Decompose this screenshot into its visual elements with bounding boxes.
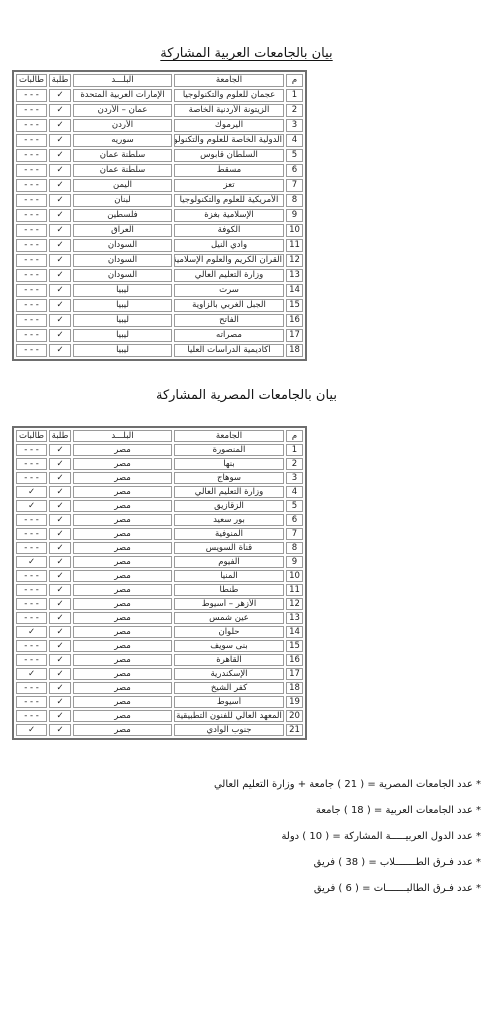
female-students-mark-cell: - - -: [16, 149, 47, 162]
arab-table-title-text: بيان بالجامعات العربية المشاركة: [160, 46, 332, 61]
university-name-cell: المنصورة: [174, 444, 284, 456]
country-name-cell: سلطنة عمان: [73, 149, 172, 162]
university-name-cell: الأزهر – أسيوط: [174, 598, 284, 610]
row-number: 11: [286, 239, 303, 252]
header-row: م الجامعة البلـــد طلبة طالبات: [16, 430, 303, 442]
arab-table-header: م الجامعة البلـــد طلبة طالبات: [16, 74, 303, 87]
university-name-cell: وزارة التعليم العالي: [174, 486, 284, 498]
row-number: 9: [286, 209, 303, 222]
col-header-num: م: [286, 74, 303, 87]
students-mark-cell: ✓: [49, 640, 71, 652]
row-number: 14: [286, 626, 303, 638]
row-number: 3: [286, 119, 303, 132]
col-header-university: الجامعة: [174, 430, 284, 442]
table-row: 3سوهاجمصر✓- - -: [16, 472, 303, 484]
university-name-cell: الدولية الخاصة للعلوم والتكنولوجيا: [174, 134, 284, 147]
students-mark-cell: ✓: [49, 329, 71, 342]
female-students-mark-cell: - - -: [16, 598, 47, 610]
row-number: 8: [286, 542, 303, 554]
students-mark-cell: ✓: [49, 724, 71, 736]
female-students-mark-cell: ✓: [16, 668, 47, 680]
row-number: 7: [286, 179, 303, 192]
female-students-mark-cell: ✓: [16, 556, 47, 568]
female-students-mark-cell: - - -: [16, 269, 47, 282]
country-name-cell: مصر: [73, 696, 172, 708]
university-name-cell: الفيوم: [174, 556, 284, 568]
university-name-cell: مصراته: [174, 329, 284, 342]
university-name-cell: الإسكندرية: [174, 668, 284, 680]
summary-line-arab-universities-count: * عدد الجامعات العربية = ( 18 ) جامعة: [0, 798, 481, 824]
female-students-mark-cell: - - -: [16, 314, 47, 327]
university-name-cell: الزيتونة الأردنية الخاصة: [174, 104, 284, 117]
col-header-students: طلبة: [49, 430, 71, 442]
arab-universities-table: م الجامعة البلـــد طلبة طالبات 1عجمان لل…: [12, 70, 307, 361]
female-students-mark-cell: ✓: [16, 724, 47, 736]
table-row: 16الفاتحليبيا✓- - -: [16, 314, 303, 327]
egypt-universities-table: م الجامعة البلـــد طلبة طالبات 1المنصورة…: [12, 426, 307, 740]
row-number: 18: [286, 344, 303, 357]
country-name-cell: عمان – الأردن: [73, 104, 172, 117]
col-header-country: البلـــد: [73, 430, 172, 442]
female-students-mark-cell: - - -: [16, 542, 47, 554]
university-name-cell: المنوفية: [174, 528, 284, 540]
row-number: 6: [286, 164, 303, 177]
female-students-mark-cell: - - -: [16, 254, 47, 267]
row-number: 5: [286, 500, 303, 512]
col-header-num: م: [286, 430, 303, 442]
students-mark-cell: ✓: [49, 239, 71, 252]
students-mark-cell: ✓: [49, 598, 71, 610]
table-row: 13عين شمسمصر✓- - -: [16, 612, 303, 624]
table-row: 12الأزهر – أسيوطمصر✓- - -: [16, 598, 303, 610]
row-number: 8: [286, 194, 303, 207]
table-row: 2بنهامصر✓- - -: [16, 458, 303, 470]
country-name-cell: مصر: [73, 654, 172, 666]
university-name-cell: بنى سويف: [174, 640, 284, 652]
university-name-cell: عين شمس: [174, 612, 284, 624]
row-number: 21: [286, 724, 303, 736]
row-number: 14: [286, 284, 303, 297]
university-name-cell: سوهاج: [174, 472, 284, 484]
country-name-cell: مصر: [73, 710, 172, 722]
row-number: 16: [286, 314, 303, 327]
female-students-mark-cell: - - -: [16, 104, 47, 117]
country-name-cell: مصر: [73, 668, 172, 680]
table-row: 1المنصورةمصر✓- - -: [16, 444, 303, 456]
students-mark-cell: ✓: [49, 104, 71, 117]
table-row: 7المنوفيةمصر✓- - -: [16, 528, 303, 540]
row-number: 9: [286, 556, 303, 568]
table-row: 17الإسكندريةمصر✓✓: [16, 668, 303, 680]
university-name-cell: بنها: [174, 458, 284, 470]
table-row: 16القاهرةمصر✓- - -: [16, 654, 303, 666]
country-name-cell: فلسطين: [73, 209, 172, 222]
students-mark-cell: ✓: [49, 626, 71, 638]
students-mark-cell: ✓: [49, 486, 71, 498]
university-name-cell: جنوب الوادي: [174, 724, 284, 736]
female-students-mark-cell: - - -: [16, 194, 47, 207]
country-name-cell: سوريه: [73, 134, 172, 147]
female-students-mark-cell: - - -: [16, 696, 47, 708]
table-row: 9الفيوممصر✓✓: [16, 556, 303, 568]
university-name-cell: الإسلامية بغزة: [174, 209, 284, 222]
col-header-students: طلبة: [49, 74, 71, 87]
university-name-cell: اليرموك: [174, 119, 284, 132]
female-students-mark-cell: - - -: [16, 119, 47, 132]
university-name-cell: الزقازيق: [174, 500, 284, 512]
country-name-cell: السودان: [73, 239, 172, 252]
students-mark-cell: ✓: [49, 542, 71, 554]
university-name-cell: كفر الشيخ: [174, 682, 284, 694]
students-mark-cell: ✓: [49, 149, 71, 162]
col-header-female-students: طالبات: [16, 430, 47, 442]
female-students-mark-cell: - - -: [16, 179, 47, 192]
egypt-table-header: م الجامعة البلـــد طلبة طالبات: [16, 430, 303, 442]
arab-table-body: 1عجمان للعلوم والتكنولوجياالإمارات العرب…: [16, 89, 303, 357]
table-row: 7تعزاليمن✓- - -: [16, 179, 303, 192]
university-name-cell: بور سعيد: [174, 514, 284, 526]
female-students-mark-cell: - - -: [16, 299, 47, 312]
university-name-cell: وزارة التعليم العالي: [174, 269, 284, 282]
university-name-cell: أسيوط: [174, 696, 284, 708]
table-row: 15الجبل الغربي بالزاويةليبيا✓- - -: [16, 299, 303, 312]
female-students-mark-cell: - - -: [16, 654, 47, 666]
students-mark-cell: ✓: [49, 344, 71, 357]
university-name-cell: الأمريكية للعلوم والتكنولوجيا: [174, 194, 284, 207]
arab-table-title: بيان بالجامعات العربية المشاركة: [0, 46, 493, 61]
students-mark-cell: ✓: [49, 696, 71, 708]
table-row: 4الدولية الخاصة للعلوم والتكنولوجياسوريه…: [16, 134, 303, 147]
country-name-cell: لبنان: [73, 194, 172, 207]
country-name-cell: مصر: [73, 724, 172, 736]
country-name-cell: ليبيا: [73, 329, 172, 342]
university-name-cell: الكوفة: [174, 224, 284, 237]
row-number: 19: [286, 696, 303, 708]
university-name-cell: تعز: [174, 179, 284, 192]
country-name-cell: مصر: [73, 640, 172, 652]
female-students-mark-cell: - - -: [16, 514, 47, 526]
country-name-cell: مصر: [73, 556, 172, 568]
row-number: 13: [286, 612, 303, 624]
students-mark-cell: ✓: [49, 254, 71, 267]
university-name-cell: القرآن الكريم والعلوم الإسلامية: [174, 254, 284, 267]
table-row: 14حلوانمصر✓✓: [16, 626, 303, 638]
col-header-country: البلـــد: [73, 74, 172, 87]
university-name-cell: عجمان للعلوم والتكنولوجيا: [174, 89, 284, 102]
country-name-cell: ليبيا: [73, 344, 172, 357]
summary-line-student-teams-count: * عدد فـرق الطـــــــلاب = ( 38 ) فريق: [0, 850, 481, 876]
female-students-mark-cell: - - -: [16, 209, 47, 222]
table-row: 4وزارة التعليم العاليمصر✓✓: [16, 486, 303, 498]
row-number: 4: [286, 486, 303, 498]
female-students-mark-cell: - - -: [16, 164, 47, 177]
row-number: 10: [286, 570, 303, 582]
table-row: 11وادي النيلالسودان✓- - -: [16, 239, 303, 252]
country-name-cell: ليبيا: [73, 314, 172, 327]
university-name-cell: أكاديمية الدراسات العليا: [174, 344, 284, 357]
table-row: 10الكوفةالعراق✓- - -: [16, 224, 303, 237]
country-name-cell: مصر: [73, 444, 172, 456]
students-mark-cell: ✓: [49, 556, 71, 568]
female-students-mark-cell: - - -: [16, 682, 47, 694]
university-name-cell: سرت: [174, 284, 284, 297]
country-name-cell: الأردن: [73, 119, 172, 132]
row-number: 11: [286, 584, 303, 596]
summary-line-female-teams-count: * عدد فـرق الطالبـــــــات = ( 6 ) فريق: [0, 876, 481, 902]
female-students-mark-cell: ✓: [16, 626, 47, 638]
country-name-cell: اليمن: [73, 179, 172, 192]
students-mark-cell: ✓: [49, 570, 71, 582]
summary-line-egypt-universities-count: * عدد الجامعات المصرية = ( 21 ) جامعة + …: [0, 772, 481, 798]
female-students-mark-cell: - - -: [16, 528, 47, 540]
university-name-cell: المعهد العالي للفنون التطبيقية: [174, 710, 284, 722]
row-number: 15: [286, 640, 303, 652]
table-row: 14سرتليبيا✓- - -: [16, 284, 303, 297]
table-row: 6بور سعيدمصر✓- - -: [16, 514, 303, 526]
students-mark-cell: ✓: [49, 119, 71, 132]
country-name-cell: العراق: [73, 224, 172, 237]
country-name-cell: ليبيا: [73, 284, 172, 297]
female-students-mark-cell: - - -: [16, 640, 47, 652]
female-students-mark-cell: ✓: [16, 486, 47, 498]
female-students-mark-cell: - - -: [16, 239, 47, 252]
university-name-cell: قناة السويس: [174, 542, 284, 554]
country-name-cell: مصر: [73, 682, 172, 694]
table-row: 18كفر الشيخمصر✓- - -: [16, 682, 303, 694]
document-page: بيان بالجامعات العربية المشاركة م الجامع…: [0, 0, 493, 1024]
table-row: 17مصراتهليبيا✓- - -: [16, 329, 303, 342]
row-number: 12: [286, 254, 303, 267]
table-row: 11طنطامصر✓- - -: [16, 584, 303, 596]
country-name-cell: السودان: [73, 254, 172, 267]
country-name-cell: مصر: [73, 584, 172, 596]
university-name-cell: طنطا: [174, 584, 284, 596]
students-mark-cell: ✓: [49, 134, 71, 147]
country-name-cell: مصر: [73, 486, 172, 498]
female-students-mark-cell: - - -: [16, 444, 47, 456]
table-row: 15بنى سويفمصر✓- - -: [16, 640, 303, 652]
country-name-cell: مصر: [73, 542, 172, 554]
female-students-mark-cell: - - -: [16, 329, 47, 342]
university-name-cell: وادي النيل: [174, 239, 284, 252]
country-name-cell: مصر: [73, 598, 172, 610]
students-mark-cell: ✓: [49, 444, 71, 456]
egypt-table-title-text: بيان بالجامعات المصرية المشاركة: [156, 388, 337, 403]
country-name-cell: مصر: [73, 458, 172, 470]
female-students-mark-cell: - - -: [16, 570, 47, 582]
row-number: 18: [286, 682, 303, 694]
egypt-table-title: بيان بالجامعات المصرية المشاركة: [0, 388, 493, 403]
female-students-mark-cell: ✓: [16, 500, 47, 512]
row-number: 5: [286, 149, 303, 162]
row-number: 10: [286, 224, 303, 237]
students-mark-cell: ✓: [49, 668, 71, 680]
header-row: م الجامعة البلـــد طلبة طالبات: [16, 74, 303, 87]
students-mark-cell: ✓: [49, 284, 71, 297]
row-number: 3: [286, 472, 303, 484]
university-name-cell: السلطان قابوس: [174, 149, 284, 162]
table-row: 18أكاديمية الدراسات العلياليبيا✓- - -: [16, 344, 303, 357]
table-row: 8الأمريكية للعلوم والتكنولوجيالبنان✓- - …: [16, 194, 303, 207]
col-header-university: الجامعة: [174, 74, 284, 87]
row-number: 6: [286, 514, 303, 526]
country-name-cell: مصر: [73, 570, 172, 582]
table-row: 20المعهد العالي للفنون التطبيقيةمصر✓- - …: [16, 710, 303, 722]
students-mark-cell: ✓: [49, 500, 71, 512]
country-name-cell: مصر: [73, 514, 172, 526]
row-number: 20: [286, 710, 303, 722]
col-header-female-students: طالبات: [16, 74, 47, 87]
female-students-mark-cell: - - -: [16, 89, 47, 102]
summary-block: * عدد الجامعات المصرية = ( 21 ) جامعة + …: [0, 772, 481, 902]
country-name-cell: سلطنة عمان: [73, 164, 172, 177]
students-mark-cell: ✓: [49, 179, 71, 192]
students-mark-cell: ✓: [49, 682, 71, 694]
students-mark-cell: ✓: [49, 472, 71, 484]
students-mark-cell: ✓: [49, 458, 71, 470]
students-mark-cell: ✓: [49, 710, 71, 722]
row-number: 17: [286, 668, 303, 680]
female-students-mark-cell: - - -: [16, 344, 47, 357]
female-students-mark-cell: - - -: [16, 284, 47, 297]
students-mark-cell: ✓: [49, 209, 71, 222]
female-students-mark-cell: - - -: [16, 612, 47, 624]
table-row: 5الزقازيقمصر✓✓: [16, 500, 303, 512]
table-row: 3اليرموكالأردن✓- - -: [16, 119, 303, 132]
table-row: 21جنوب الواديمصر✓✓: [16, 724, 303, 736]
table-row: 8قناة السويسمصر✓- - -: [16, 542, 303, 554]
university-name-cell: حلوان: [174, 626, 284, 638]
female-students-mark-cell: - - -: [16, 224, 47, 237]
students-mark-cell: ✓: [49, 654, 71, 666]
students-mark-cell: ✓: [49, 89, 71, 102]
university-name-cell: القاهرة: [174, 654, 284, 666]
students-mark-cell: ✓: [49, 224, 71, 237]
table-row: 10المنيامصر✓- - -: [16, 570, 303, 582]
row-number: 16: [286, 654, 303, 666]
students-mark-cell: ✓: [49, 612, 71, 624]
university-name-cell: الفاتح: [174, 314, 284, 327]
row-number: 13: [286, 269, 303, 282]
row-number: 2: [286, 104, 303, 117]
table-row: 9الإسلامية بغزةفلسطين✓- - -: [16, 209, 303, 222]
students-mark-cell: ✓: [49, 194, 71, 207]
female-students-mark-cell: - - -: [16, 584, 47, 596]
row-number: 17: [286, 329, 303, 342]
country-name-cell: الإمارات العربية المتحدة: [73, 89, 172, 102]
row-number: 15: [286, 299, 303, 312]
country-name-cell: مصر: [73, 472, 172, 484]
table-row: 19أسيوطمصر✓- - -: [16, 696, 303, 708]
row-number: 2: [286, 458, 303, 470]
table-row: 13وزارة التعليم العاليالسودان✓- - -: [16, 269, 303, 282]
table-row: 5السلطان قابوسسلطنة عمان✓- - -: [16, 149, 303, 162]
university-name-cell: المنيا: [174, 570, 284, 582]
row-number: 7: [286, 528, 303, 540]
university-name-cell: مسقط: [174, 164, 284, 177]
country-name-cell: مصر: [73, 528, 172, 540]
students-mark-cell: ✓: [49, 164, 71, 177]
female-students-mark-cell: - - -: [16, 472, 47, 484]
students-mark-cell: ✓: [49, 528, 71, 540]
egypt-table-body: 1المنصورةمصر✓- - -2بنهامصر✓- - -3سوهاجمص…: [16, 444, 303, 736]
country-name-cell: مصر: [73, 612, 172, 624]
students-mark-cell: ✓: [49, 314, 71, 327]
students-mark-cell: ✓: [49, 584, 71, 596]
country-name-cell: السودان: [73, 269, 172, 282]
country-name-cell: ليبيا: [73, 299, 172, 312]
table-row: 1عجمان للعلوم والتكنولوجياالإمارات العرب…: [16, 89, 303, 102]
female-students-mark-cell: - - -: [16, 710, 47, 722]
table-row: 12القرآن الكريم والعلوم الإسلاميةالسودان…: [16, 254, 303, 267]
row-number: 1: [286, 89, 303, 102]
table-row: 2الزيتونة الأردنية الخاصةعمان – الأردن✓-…: [16, 104, 303, 117]
row-number: 12: [286, 598, 303, 610]
female-students-mark-cell: - - -: [16, 458, 47, 470]
university-name-cell: الجبل الغربي بالزاوية: [174, 299, 284, 312]
students-mark-cell: ✓: [49, 514, 71, 526]
summary-line-arab-countries-count: * عدد الدول العربيـــــة المشاركة = ( 10…: [0, 824, 481, 850]
female-students-mark-cell: - - -: [16, 134, 47, 147]
table-row: 6مسقطسلطنة عمان✓- - -: [16, 164, 303, 177]
row-number: 1: [286, 444, 303, 456]
row-number: 4: [286, 134, 303, 147]
students-mark-cell: ✓: [49, 269, 71, 282]
students-mark-cell: ✓: [49, 299, 71, 312]
country-name-cell: مصر: [73, 626, 172, 638]
country-name-cell: مصر: [73, 500, 172, 512]
